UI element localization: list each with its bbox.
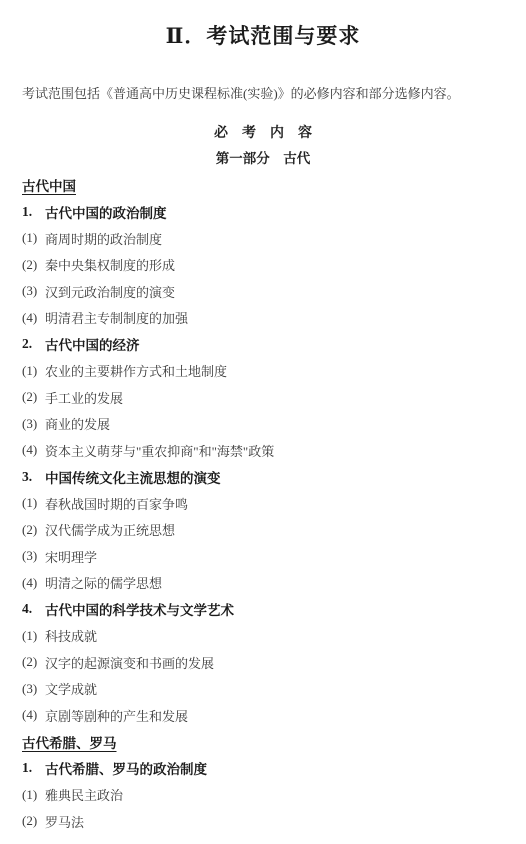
item-number: (4) [22,442,45,458]
list-item: (4) 明清君主专制制度的加强 [0,305,526,332]
list-item: (4) 明清之际的儒学思想 [0,570,526,597]
part-one-heading: 第一部分 古代 [0,150,526,168]
list-item: (3) 文学成就 [0,676,526,703]
section-heading-ancient-greece-rome: 古代希腊、罗马 [0,729,526,756]
section-heading-text: 古代希腊、罗马 [22,732,117,752]
topic-title: 古代中国的政治制度 [45,202,167,222]
list-item: (1) 商周时期的政治制度 [0,225,526,252]
list-item: (3) 商业的发展 [0,411,526,438]
topic-number: 2. [22,336,45,352]
item-text: 宋明理学 [45,547,97,566]
list-item: (2) 罗马法 [0,808,526,835]
list-item: (4) 京剧等剧种的产生和发展 [0,702,526,729]
list-item: (1) 雅典民主政治 [0,782,526,809]
item-number: (1) [22,363,45,379]
item-text: 商周时期的政治制度 [45,229,162,248]
list-item: (1) 科技成就 [0,623,526,650]
item-number: (4) [22,575,45,591]
item-number: (1) [22,495,45,511]
item-number: (1) [22,628,45,644]
item-number: (3) [22,416,45,432]
item-number: (1) [22,787,45,803]
topic-title: 古代中国的科学技术与文学艺术 [45,599,234,619]
topic-number: 1. [22,760,45,776]
page-title: Ⅱ．考试范围与要求 [0,0,526,50]
item-number: (2) [22,257,45,273]
topic-heading: 2. 古代中国的经济 [0,331,526,358]
list-item: (4) 资本主义萌芽与"重农抑商"和"海禁"政策 [0,437,526,464]
section-heading-text: 古代中国 [22,175,76,195]
topic-heading: 1. 古代中国的政治制度 [0,199,526,226]
item-text: 手工业的发展 [45,388,123,407]
item-text: 商业的发展 [45,414,110,433]
list-item: (2) 汉代儒学成为正统思想 [0,517,526,544]
topic-number: 3. [22,469,45,485]
item-number: (2) [22,654,45,670]
item-text: 春秋战国时期的百家争鸣 [45,494,188,513]
item-text: 汉字的起源演变和书画的发展 [45,653,214,672]
item-text: 秦中央集权制度的形成 [45,255,175,274]
item-number: (3) [22,548,45,564]
item-number: (1) [22,230,45,246]
topic-title: 古代中国的经济 [45,334,140,354]
list-item: (3) 汉到元政治制度的演变 [0,278,526,305]
document-page: Ⅱ．考试范围与要求 考试范围包括《普通高中历史课程标准(实验)》的必修内容和部分… [0,0,526,844]
section-heading-ancient-china: 古代中国 [0,172,526,199]
topic-title: 古代希腊、罗马的政治制度 [45,758,207,778]
item-number: (3) [22,681,45,697]
item-text: 农业的主要耕作方式和土地制度 [45,361,227,380]
topic-heading: 4. 古代中国的科学技术与文学艺术 [0,596,526,623]
item-text: 汉到元政治制度的演变 [45,282,175,301]
item-text: 罗马法 [45,812,84,831]
list-item: (3) 宋明理学 [0,543,526,570]
item-text: 雅典民主政治 [45,785,123,804]
item-text: 科技成就 [45,626,97,645]
item-number: (4) [22,707,45,723]
list-item: (2) 汉字的起源演变和书画的发展 [0,649,526,676]
topic-number: 1. [22,204,45,220]
item-text: 明清君主专制制度的加强 [45,308,188,327]
item-number: (2) [22,522,45,538]
list-item: (2) 秦中央集权制度的形成 [0,252,526,279]
item-text: 资本主义萌芽与"重农抑商"和"海禁"政策 [45,441,274,460]
required-content-heading: 必 考 内 容 [0,124,526,144]
item-text: 京剧等剧种的产生和发展 [45,706,188,725]
topic-heading: 3. 中国传统文化主流思想的演变 [0,464,526,491]
topic-number: 4. [22,601,45,617]
topic-heading: 1. 古代希腊、罗马的政治制度 [0,755,526,782]
topic-title: 中国传统文化主流思想的演变 [45,467,221,487]
item-number: (3) [22,283,45,299]
item-text: 文学成就 [45,679,97,698]
syllabus-outline: 古代中国 1. 古代中国的政治制度 (1) 商周时期的政治制度 (2) 秦中央集… [0,172,526,835]
list-item: (2) 手工业的发展 [0,384,526,411]
item-text: 汉代儒学成为正统思想 [45,520,175,539]
item-number: (4) [22,310,45,326]
list-item: (1) 春秋战国时期的百家争鸣 [0,490,526,517]
list-item: (1) 农业的主要耕作方式和土地制度 [0,358,526,385]
item-number: (2) [22,389,45,405]
intro-paragraph: 考试范围包括《普通高中历史课程标准(实验)》的必修内容和部分选修内容。 [0,85,526,103]
item-number: (2) [22,813,45,829]
item-text: 明清之际的儒学思想 [45,573,162,592]
